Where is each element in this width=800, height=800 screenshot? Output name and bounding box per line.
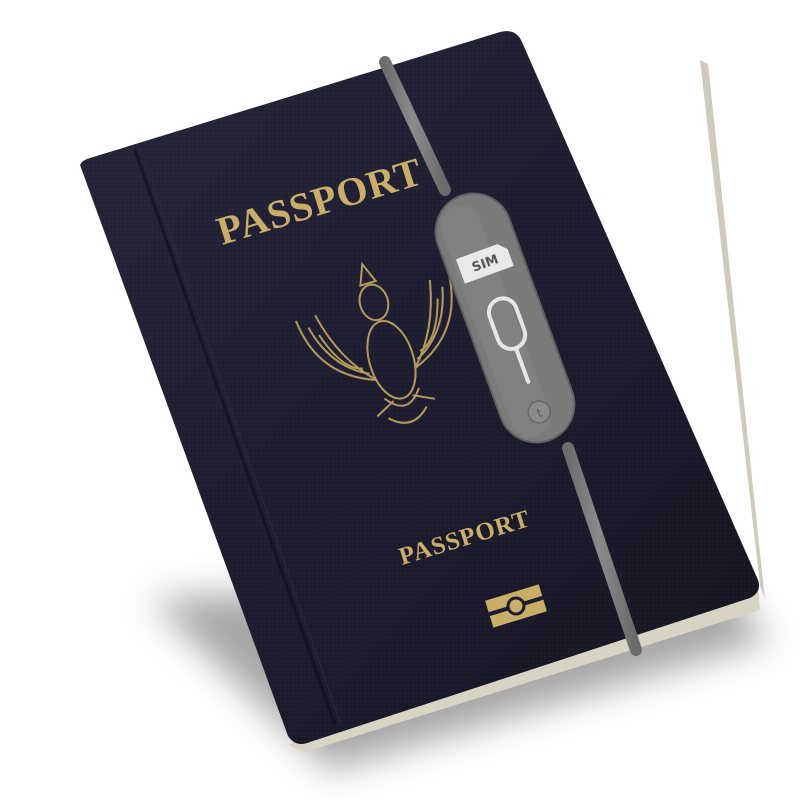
product-photo: PASSPORT PASSPORT [0,0,800,800]
passport-illustration: PASSPORT PASSPORT [0,0,800,800]
